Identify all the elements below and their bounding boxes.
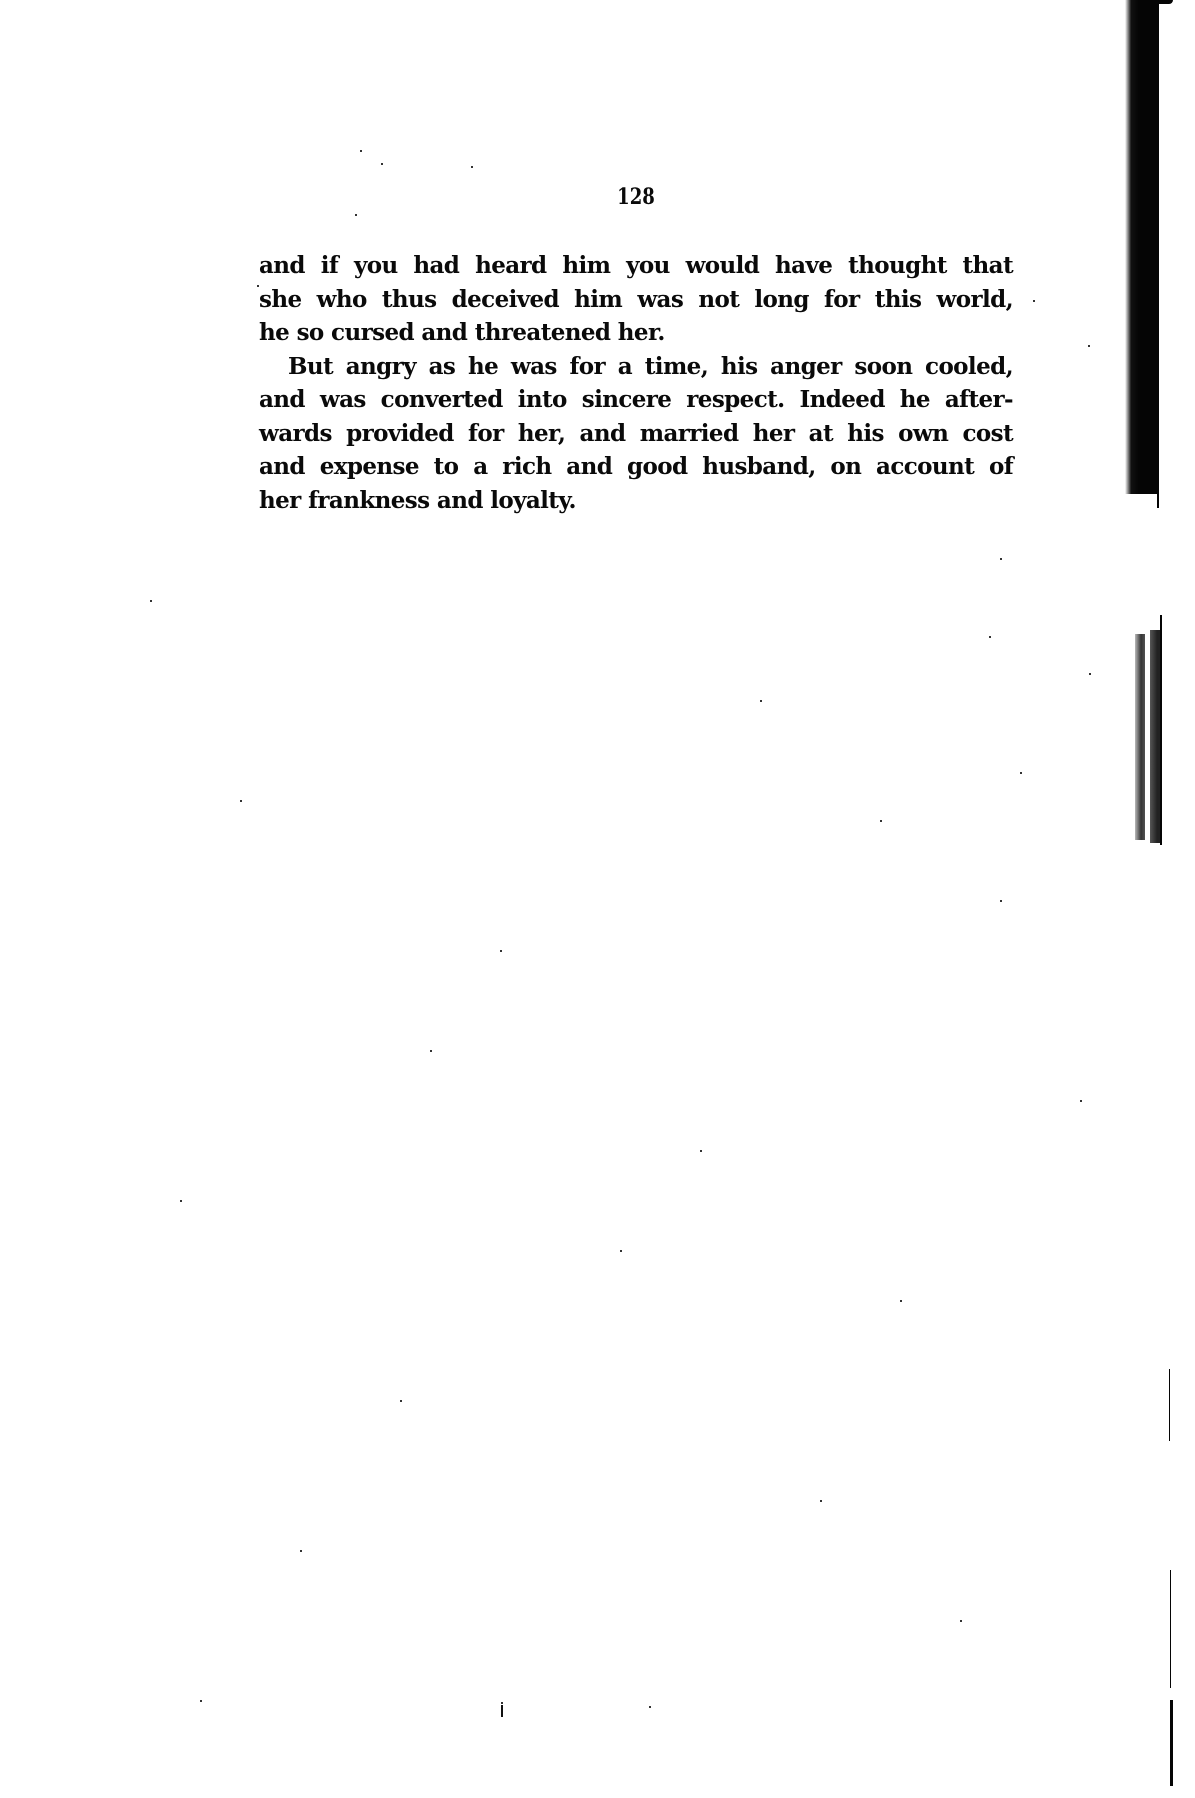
paragraph-2: But angry as he was for a time, his ange… xyxy=(259,350,1013,518)
text-line: she who thus deceived him was not long f… xyxy=(259,283,1013,317)
scan-edge-line xyxy=(1170,1570,1171,1688)
dust-speck xyxy=(1088,345,1090,347)
dust-speck xyxy=(820,1500,822,1502)
dust-speck xyxy=(1020,772,1022,774)
dust-speck xyxy=(400,1400,402,1402)
text-line: and expense to a rich and good husband, … xyxy=(259,450,1013,484)
dust-speck xyxy=(960,1620,962,1622)
dust-speck xyxy=(150,600,152,602)
dust-speck xyxy=(649,1706,651,1708)
scan-edge-line xyxy=(1169,1369,1170,1441)
text-line: her frankness and loyalty. xyxy=(259,484,1013,518)
body-text: and if you had heard him you would have … xyxy=(259,249,1013,517)
text-line: and if you had heard him you would have … xyxy=(259,249,1013,283)
dust-speck xyxy=(257,285,259,287)
dust-speck xyxy=(900,1300,902,1302)
scan-edge-line xyxy=(1170,1700,1173,1786)
dust-speck xyxy=(620,1250,622,1252)
dust-speck xyxy=(180,1200,182,1202)
dust-speck xyxy=(430,1050,432,1052)
dust-speck xyxy=(1000,900,1002,902)
dust-speck xyxy=(300,1550,302,1552)
dust-speck xyxy=(880,820,882,822)
dust-speck xyxy=(471,166,473,168)
paragraph-1: and if you had heard him you would have … xyxy=(259,249,1013,350)
scan-edge-flare xyxy=(1155,0,1173,4)
dust-speck xyxy=(355,214,357,216)
dust-speck xyxy=(1033,300,1035,302)
dust-speck xyxy=(760,700,762,702)
page-number: 128 xyxy=(114,184,1157,210)
dust-speck xyxy=(1089,673,1091,675)
dust-speck xyxy=(1080,1100,1082,1102)
dust-speck xyxy=(989,636,991,638)
scan-edge-streak xyxy=(1150,630,1160,843)
scan-edge-shadow xyxy=(1125,0,1159,494)
dust-speck xyxy=(1000,558,1002,560)
scan-edge-tail xyxy=(1157,480,1159,508)
text-line: and was converted into sincere respect. … xyxy=(259,383,1013,417)
scan-edge-line xyxy=(1160,615,1162,845)
scanned-page: { "page": { "page_number": "128", "parag… xyxy=(0,0,1195,1798)
dust-speck xyxy=(700,1150,702,1152)
dust-speck xyxy=(500,950,502,952)
scan-edge-streak xyxy=(1135,634,1145,840)
text-line: he so cursed and threatened her. xyxy=(259,316,1013,350)
dust-speck xyxy=(240,800,242,802)
dust-speck xyxy=(200,1700,202,1702)
ink-mark xyxy=(501,1705,503,1717)
dust-speck xyxy=(381,163,383,165)
dust-speck xyxy=(360,150,362,152)
dust-speck xyxy=(501,1702,503,1704)
text-line: But angry as he was for a time, his ange… xyxy=(259,350,1013,384)
text-line: wards provided for her, and married her … xyxy=(259,417,1013,451)
